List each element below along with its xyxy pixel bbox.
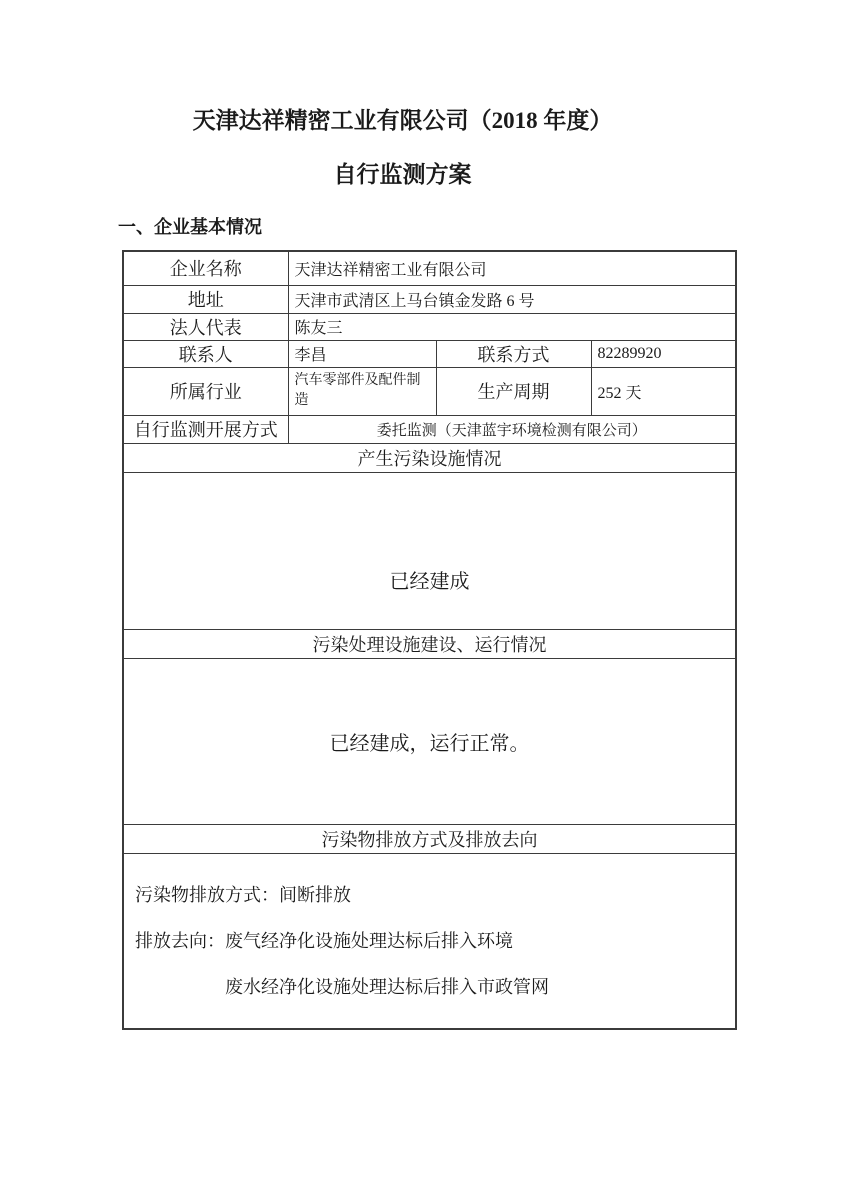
company-name-value: 天津达祥精密工业有限公司 xyxy=(288,251,736,285)
discharge-header: 污染物排放方式及排放去向 xyxy=(123,824,736,853)
pollution-facility-header: 产生污染设施情况 xyxy=(123,443,736,472)
company-name-label: 企业名称 xyxy=(123,251,288,285)
address-value: 天津市武清区上马台镇金发路 6 号 xyxy=(288,285,736,313)
contact-label: 联系人 xyxy=(123,340,288,367)
table-row-pollution-facility-header: 产生污染设施情况 xyxy=(123,443,736,472)
legal-rep-value: 陈友三 xyxy=(288,313,736,340)
document-title-block: 天津达祥精密工业有限公司（2018 年度） 自行监测方案 xyxy=(0,0,805,190)
document-title-line2: 自行监测方案 xyxy=(0,160,805,190)
table-row-address: 地址 天津市武清区上马台镇金发路 6 号 xyxy=(123,285,736,313)
table-row-monitoring-method: 自行监测开展方式 委托监测（天津蓝宇环境检测有限公司） xyxy=(123,415,736,443)
pollution-facility-content: 已经建成 xyxy=(123,472,736,629)
table-row-contact: 联系人 李昌 联系方式 82289920 xyxy=(123,340,736,367)
discharge-line1: 污染物排放方式：间断排放 xyxy=(135,872,729,918)
table-row-company-name: 企业名称 天津达祥精密工业有限公司 xyxy=(123,251,736,285)
discharge-content-cell: 污染物排放方式：间断排放 排放去向：废气经净化设施处理达标后排入环境 废水经净化… xyxy=(123,853,736,1029)
production-cycle-value: 252 天 xyxy=(591,367,736,415)
table-row-discharge-header: 污染物排放方式及排放去向 xyxy=(123,824,736,853)
table-row-treatment-facility-content: 已经建成，运行正常。 xyxy=(123,658,736,824)
discharge-line2: 排放去向：废气经净化设施处理达标后排入环境 xyxy=(135,918,729,964)
treatment-facility-header: 污染处理设施建设、运行情况 xyxy=(123,629,736,658)
treatment-facility-content: 已经建成，运行正常。 xyxy=(123,658,736,824)
discharge-line3: 废水经净化设施处理达标后排入市政管网 xyxy=(225,964,729,1010)
table-row-treatment-facility-header: 污染处理设施建设、运行情况 xyxy=(123,629,736,658)
contact-method-value: 82289920 xyxy=(591,340,736,367)
table-row-industry: 所属行业 汽车零部件及配件制造 生产周期 252 天 xyxy=(123,367,736,415)
contact-method-label: 联系方式 xyxy=(436,340,591,367)
monitoring-method-label: 自行监测开展方式 xyxy=(123,415,288,443)
document-title-line1: 天津达祥精密工业有限公司（2018 年度） xyxy=(0,106,805,136)
monitoring-method-value: 委托监测（天津蓝宇环境检测有限公司） xyxy=(288,415,736,443)
industry-value: 汽车零部件及配件制造 xyxy=(288,367,436,415)
table-row-legal-rep: 法人代表 陈友三 xyxy=(123,313,736,340)
company-info-table: 企业名称 天津达祥精密工业有限公司 地址 天津市武清区上马台镇金发路 6 号 法… xyxy=(122,250,737,1030)
address-label: 地址 xyxy=(123,285,288,313)
legal-rep-label: 法人代表 xyxy=(123,313,288,340)
contact-value: 李昌 xyxy=(288,340,436,367)
production-cycle-label: 生产周期 xyxy=(436,367,591,415)
document-page: 天津达祥精密工业有限公司（2018 年度） 自行监测方案 一、企业基本情况 企业… xyxy=(0,0,848,1200)
table-row-discharge-content: 污染物排放方式：间断排放 排放去向：废气经净化设施处理达标后排入环境 废水经净化… xyxy=(123,853,736,1029)
table-row-pollution-facility-content: 已经建成 xyxy=(123,472,736,629)
section-heading: 一、企业基本情况 xyxy=(118,213,848,239)
industry-label: 所属行业 xyxy=(123,367,288,415)
